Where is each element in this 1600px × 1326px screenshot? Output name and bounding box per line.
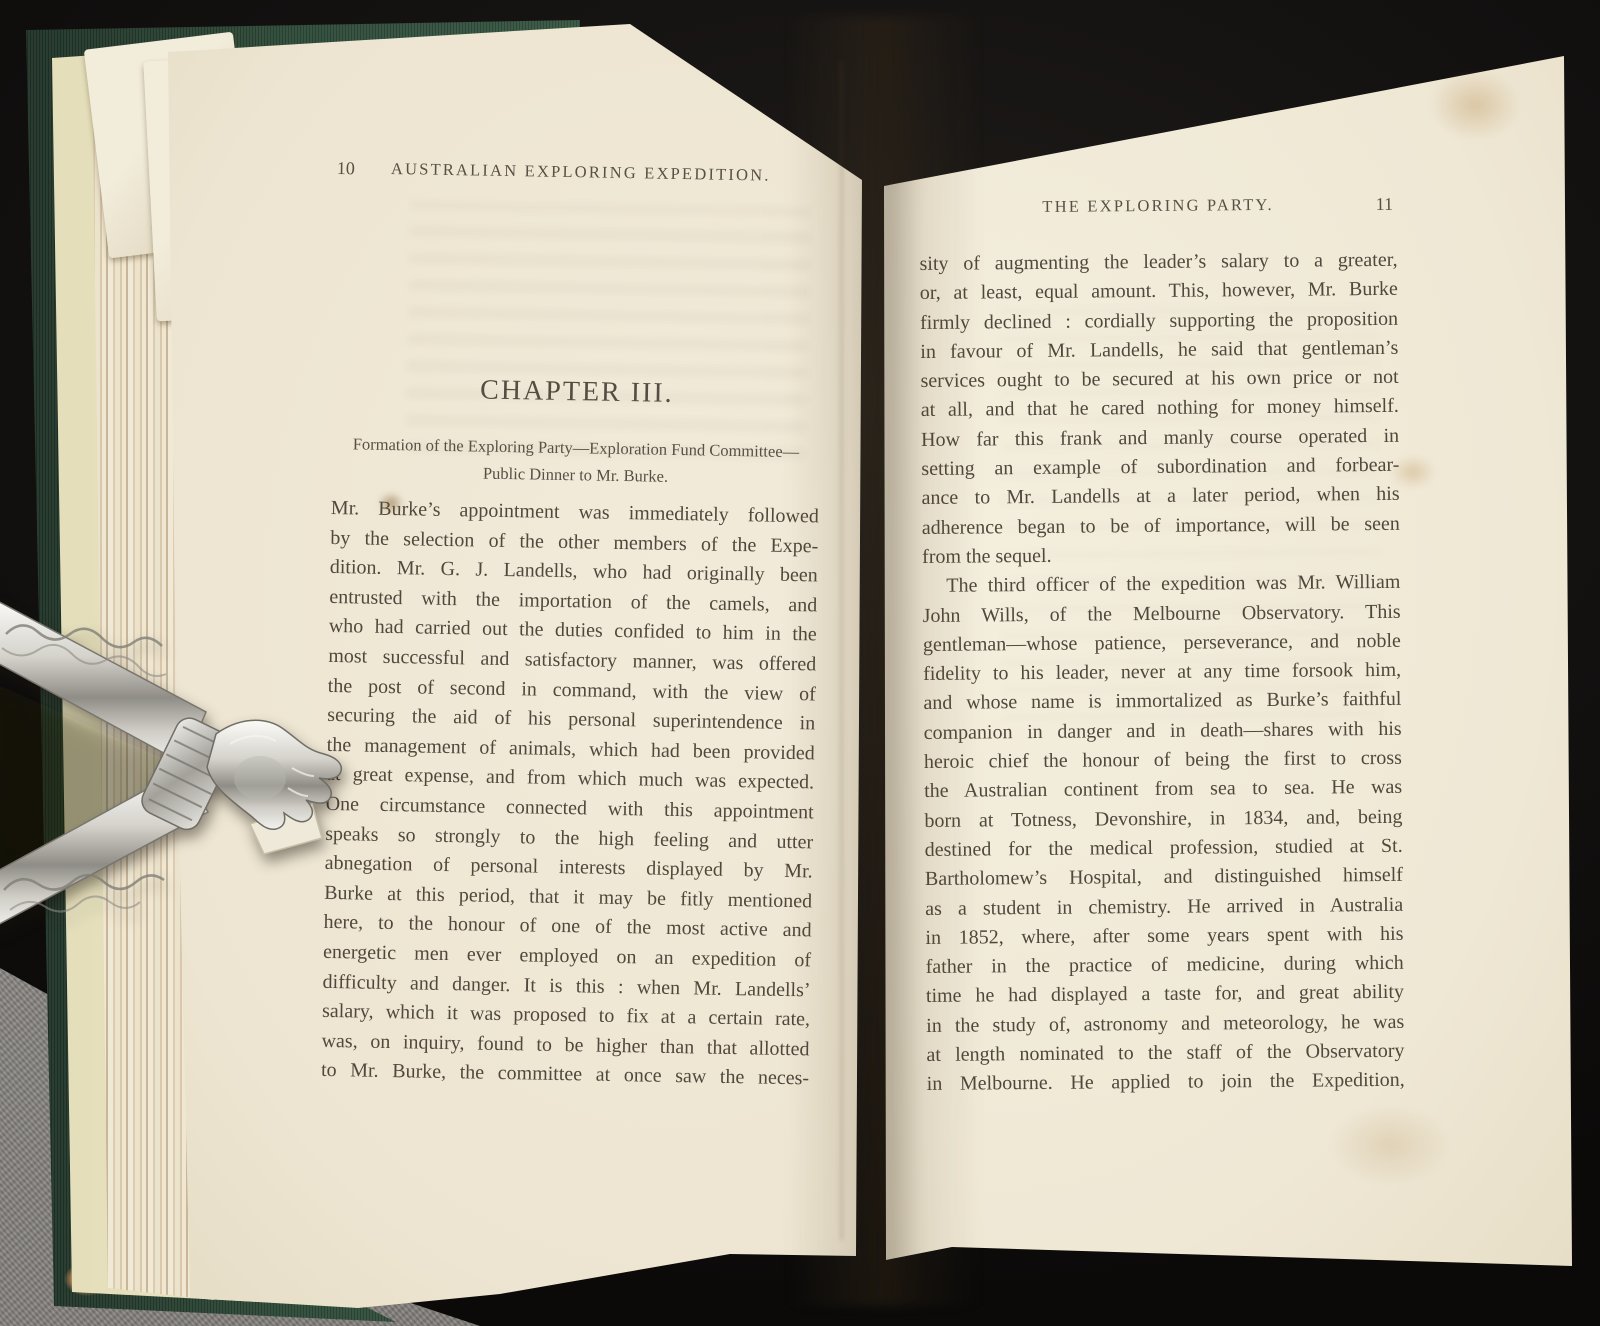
- gutter-shadow: [786, 16, 982, 1306]
- book-photograph: 10 AUSTRALIAN EXPLORING EXPEDITION. CHAP…: [0, 0, 1600, 1326]
- text-line: at all, and that he cared nothing for mo…: [921, 392, 1399, 425]
- text-line: companion in danger and in death—shares …: [924, 715, 1402, 748]
- page-stain: [1430, 70, 1520, 140]
- chapter-subtitle: Formation of the Exploring Party—Explora…: [331, 430, 820, 493]
- text-line: sity of augmenting the leader’s salary t…: [919, 246, 1397, 279]
- text-line: heroic chief the honour of being the fir…: [924, 744, 1402, 777]
- text-line: setting an example of subordination and …: [921, 451, 1399, 484]
- page-crease: [840, 60, 843, 1240]
- right-page-number: 11: [1376, 194, 1394, 215]
- silver-bookmark-clip: [0, 572, 352, 942]
- right-running-title: THE EXPLORING PARTY.: [919, 194, 1397, 218]
- text-line: time he had displayed a taste for, and g…: [926, 978, 1404, 1011]
- left-page-text: 10 AUSTRALIAN EXPLORING EXPEDITION. CHAP…: [336, 158, 824, 197]
- text-line: father in the practice of medicine, duri…: [926, 949, 1404, 982]
- text-line: firmly declined : cordially supporting t…: [920, 304, 1398, 337]
- text-line: gentleman—whose patience, perseverance, …: [923, 627, 1401, 660]
- right-running-head: THE EXPLORING PARTY. 11: [919, 194, 1397, 228]
- show-through-text: [406, 202, 810, 459]
- text-line: John Wills, of the Melbourne Observatory…: [923, 597, 1401, 630]
- page-stain: [1390, 455, 1436, 489]
- text-line: adherence began to be of importance, wil…: [922, 509, 1400, 542]
- text-line: in Melbourne. He applied to join the Exp…: [927, 1066, 1405, 1099]
- text-line: or, at least, equal amount. This, howeve…: [920, 275, 1398, 308]
- text-line: in the study of, astronomy and meteorolo…: [926, 1008, 1404, 1041]
- text-line: from the sequel.: [922, 539, 1400, 572]
- text-line: in 1852, where, after some years spent w…: [925, 920, 1403, 953]
- text-line: The third officer of the expedition was …: [922, 568, 1400, 601]
- text-line: at length nominated to the staff of the …: [926, 1037, 1404, 1070]
- text-line: fidelity to his leader, never at any tim…: [923, 656, 1401, 689]
- text-line: born at Totness, Devonshire, in 1834, an…: [924, 802, 1402, 835]
- page-stain: [378, 492, 404, 514]
- text-line: the Australian continent from sea to sea…: [924, 773, 1402, 806]
- text-line: Bartholomew’s Hospital, and distinguishe…: [925, 861, 1403, 894]
- text-line: ance to Mr. Landells at a later period, …: [921, 480, 1399, 513]
- text-line: services ought to be secured at his own …: [920, 363, 1398, 396]
- text-line: as a student in chemistry. He arrived in…: [925, 890, 1403, 923]
- text-line: and whose name is immortalized as Burke’…: [923, 685, 1401, 718]
- right-body-text: sity of augmenting the leader’s salary t…: [919, 246, 1404, 1100]
- left-body-text: Mr. Burke’s appointment was immediately …: [321, 494, 819, 1094]
- text-line: How far this frank and manly course oper…: [921, 422, 1399, 455]
- page-stain: [1330, 1105, 1450, 1185]
- text-line: destined for the medical profession, stu…: [925, 832, 1403, 865]
- left-page-number: 10: [337, 158, 355, 179]
- right-page-text: THE EXPLORING PARTY. 11 sity of augmenti…: [919, 194, 1397, 228]
- text-line: in favour of Mr. Landells, he said that …: [920, 334, 1398, 367]
- left-running-title: AUSTRALIAN EXPLORING EXPEDITION.: [337, 158, 825, 187]
- left-running-head: 10 AUSTRALIAN EXPLORING EXPEDITION.: [336, 158, 824, 197]
